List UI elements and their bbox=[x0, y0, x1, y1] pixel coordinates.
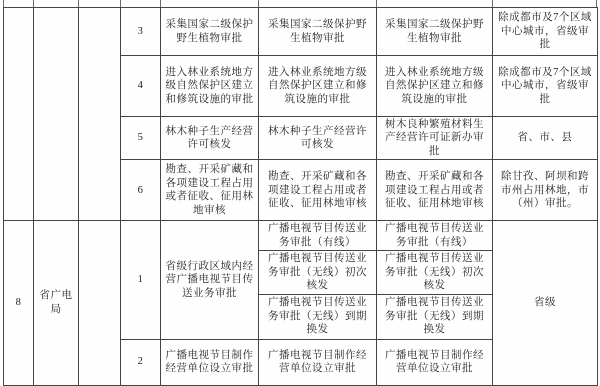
item-name-cell: 广播电视节目制作经营单位设立审批 bbox=[161, 339, 259, 385]
item-name-alt-cell: 勘查、开采矿藏和各项建设工程占用或者征收、征用林地审核 bbox=[259, 160, 377, 221]
dept-extra-cell-empty bbox=[79, 8, 121, 221]
item-name-alt-cell: 采集国家二级保护野生植物审批 bbox=[259, 8, 377, 56]
item-name-alt2-cell: 树木良种繁殖材料生产经营许可证新办审批 bbox=[377, 117, 493, 160]
cut-gridline-stub bbox=[3, 0, 4, 7]
approval-items-table: 3 采集国家二级保护野生植物审批 采集国家二级保护野生植物审批 采集国家二级保护… bbox=[3, 7, 598, 386]
dept-name-cell-empty bbox=[34, 8, 79, 221]
item-seq-cell: 4 bbox=[121, 56, 161, 117]
dept-extra-cell-empty bbox=[79, 221, 121, 385]
cut-gridline-stub bbox=[33, 0, 34, 7]
approval-level-cell: 省、市、县 bbox=[493, 117, 598, 160]
cut-gridline-stub bbox=[596, 0, 597, 7]
item-seq-cell: 3 bbox=[121, 8, 161, 56]
item-name-alt-cell: 进入林业系统地方级自然保护区建立和修筑设施的审批 bbox=[259, 56, 377, 117]
item-seq-cell: 1 bbox=[121, 221, 161, 339]
item-seq-cell: 5 bbox=[121, 117, 161, 160]
item-name-cell: 采集国家二级保护野生植物审批 bbox=[161, 8, 259, 56]
approval-level-cell: 除成都市及7个区域中心城市，省级审批 bbox=[493, 56, 598, 117]
item-name-cell: 省级行政区域内经营广播电视节目传送业务审批 bbox=[161, 221, 259, 339]
item-name-alt-cell: 林木种子生产经营许可核发 bbox=[259, 117, 377, 160]
item-name-alt2-cell: 采集国家二级保护野生植物审批 bbox=[377, 8, 493, 56]
approval-level-cell: 除成都市及7个区域中心城市，省级审批 bbox=[493, 8, 598, 56]
dept-seq-cell-empty bbox=[4, 8, 34, 221]
item-name-cell: 林木种子生产经营许可核发 bbox=[161, 117, 259, 160]
approval-level-cell: 除甘孜、阿坝和跨市州占用林地，市（州）审批。 bbox=[493, 160, 598, 221]
item-name-alt2-cell: 广播电视节目传送业务审批（无线）初次核发 bbox=[377, 251, 493, 294]
item-name-alt2-cell: 广播电视节目传送业务审批（有线） bbox=[377, 221, 493, 251]
item-name-alt2-cell: 勘查、开采矿藏和各项建设工程占用或者征收、征用林地审核 bbox=[377, 160, 493, 221]
item-name-alt-cell: 广播电视节目传送业务审批（无线）到期换发 bbox=[259, 294, 377, 339]
item-name-alt-cell: 广播电视节目传送业务审批（无线）初次核发 bbox=[259, 251, 377, 294]
cut-gridline-stub bbox=[258, 0, 259, 7]
cut-gridline-stub bbox=[376, 0, 377, 7]
item-name-alt-cell: 广播电视节目制作经营单位设立审批 bbox=[259, 339, 377, 385]
cut-gridline-stub bbox=[160, 0, 161, 7]
item-name-alt2-cell: 广播电视节目制作经营单位设立审批 bbox=[377, 339, 493, 385]
dept-name-cell: 省广电局 bbox=[34, 221, 79, 385]
item-name-alt2-cell: 广播电视节目传送业务审批（无线）到期换发 bbox=[377, 294, 493, 339]
scanned-document-page: 3 采集国家二级保护野生植物审批 采集国家二级保护野生植物审批 采集国家二级保护… bbox=[0, 0, 600, 386]
item-seq-cell: 2 bbox=[121, 339, 161, 385]
cut-gridline-stub bbox=[120, 0, 121, 7]
item-name-cell: 进入林业系统地方级自然保护区建立和修筑设施的审批 bbox=[161, 56, 259, 117]
dept-seq-cell: 8 bbox=[4, 221, 34, 385]
item-name-cell: 勘查、开采矿藏和各项建设工程占用或者征收、征用林地审核 bbox=[161, 160, 259, 221]
cut-gridline-stub bbox=[492, 0, 493, 7]
item-name-alt-cell: 广播电视节目传送业务审批（有线） bbox=[259, 221, 377, 251]
item-seq-cell: 6 bbox=[121, 160, 161, 221]
item-name-alt2-cell: 进入林业系统地方级自然保护区建立和修筑设施的审批 bbox=[377, 56, 493, 117]
cut-gridline-stub bbox=[78, 0, 79, 7]
approval-level-cell: 省级 bbox=[493, 221, 598, 385]
